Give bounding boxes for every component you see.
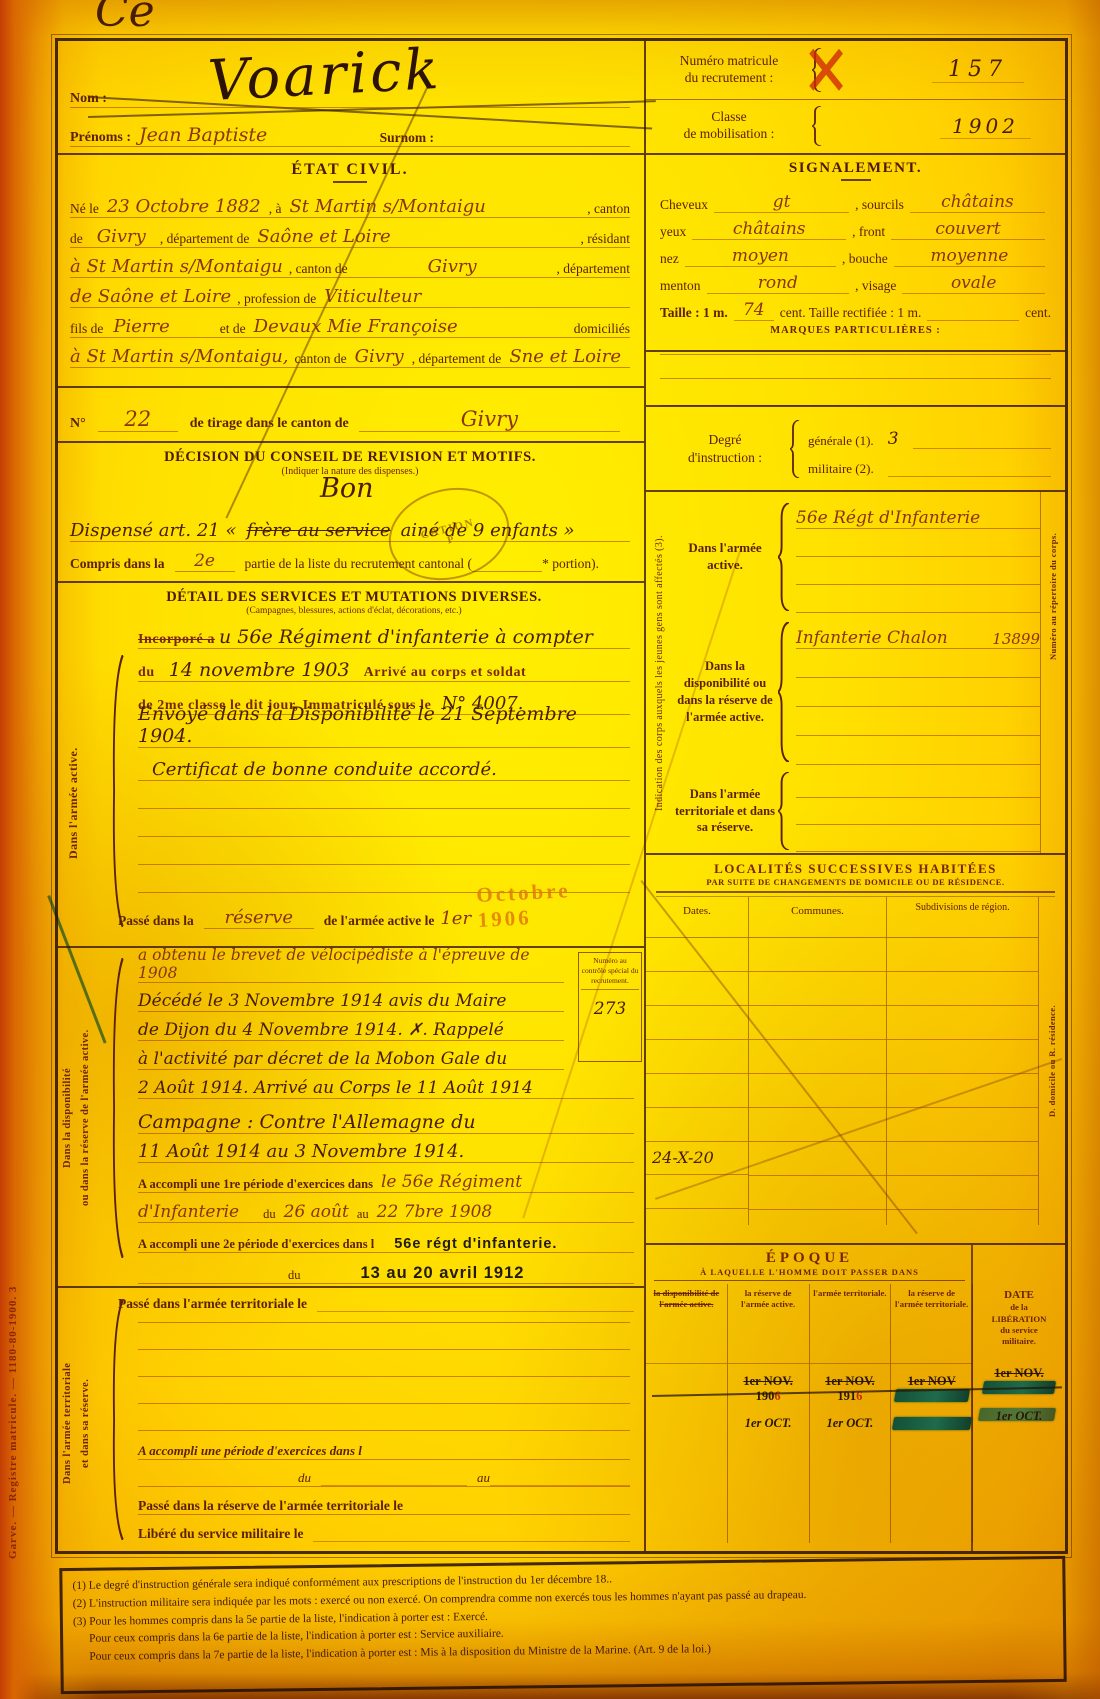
mother-name: Devaux Mie Françoise (254, 316, 566, 337)
departement-of-label: , département de (412, 351, 502, 367)
campagne-dates: 11 Août 1914 au 3 Novembre 1914. (138, 1141, 634, 1162)
periode2-line: A accompli une 2e période d'exercices da… (138, 1223, 634, 1253)
reserve-word: réserve (204, 907, 314, 929)
stamp-letter: P (446, 534, 455, 546)
parents-place: à St Martin s/Montaigu, (70, 346, 289, 367)
document-page: Garve. — Registre matricule. — 1180-80-1… (0, 0, 1100, 1699)
ruled-line (138, 809, 630, 837)
table-cell (646, 938, 748, 972)
canton-label: , canton (587, 201, 630, 217)
reserve-transfer-line: Passé dans la réserve de l'armée active … (118, 893, 630, 929)
ruled-line (138, 837, 630, 865)
passe-label: Passé dans la (118, 913, 194, 929)
note-line: Décédé le 3 Novembre 1914 avis du Maire (138, 983, 564, 1012)
number-label: N° (70, 416, 86, 432)
tirage-number: 22 (98, 407, 178, 432)
periode1-end: 22 7bre 1908 (377, 1202, 634, 1222)
arrivee-note: 2 Août 1914. Arrivé au Corps le 11 Août … (138, 1078, 634, 1098)
matricule-label: Numéro matricule (646, 53, 812, 70)
menton-line: menton rond , visage ovale (660, 267, 1051, 294)
degre-label: Degré (660, 431, 790, 449)
epoque-r1c2-month: 1er NOV. (728, 1374, 809, 1389)
ruled-line (796, 736, 1040, 765)
departement-label: , département de (160, 231, 250, 247)
ruled-line (796, 585, 1040, 613)
matricule-label-2: du recrutement : (646, 70, 812, 87)
corps-side-left-label: Indication des corps auxquels les jeunes… (654, 503, 665, 843)
corps-section: Indication des corps auxquels les jeunes… (646, 490, 1065, 853)
maire-note: de Dijon du 4 Novembre 1914. ✗. Rappelé (138, 1020, 564, 1040)
side-brace (110, 1300, 124, 1540)
campagne-note: Campagne : Contre l'Allemagne du (138, 1111, 634, 1133)
table-cell (749, 1006, 886, 1040)
generale-value: 3 (888, 429, 899, 449)
periode2-dates-stamp: 13 au 20 avril 1912 (361, 1264, 635, 1283)
sourcils-label: , sourcils (855, 197, 904, 213)
side-brace (110, 655, 124, 927)
note-line: de Dijon du 4 Novembre 1914. ✗. Rappelé (138, 1012, 564, 1041)
table-cell (887, 1108, 1038, 1142)
regiment-entry: u 56e Régiment d'infanterie à compter (219, 626, 630, 648)
date-sub: de la (976, 1302, 1062, 1313)
red-x-mark: ✕ (802, 29, 850, 113)
parents-line: fils de Pierre et de Devaux Mie François… (70, 308, 630, 338)
domiciled-label: domiciliés (574, 321, 630, 337)
epoque-col-reserve-active: la réserve de l'armée active. 1er NOV. 1… (728, 1284, 810, 1543)
epoque-col4-header: la réserve de l'armée territoriale. (891, 1284, 972, 1364)
birth-line: Né le 23 Octobre 1882 , à St Martin s/Mo… (70, 187, 630, 218)
armee-active-side-label: Dans l'armée active. (66, 703, 81, 903)
epoque-title: ÉPOQUE (646, 1250, 973, 1267)
degre-label-2: d'instruction : (660, 449, 790, 467)
cheveux-value: gt (714, 192, 849, 213)
nez-label: nez (660, 251, 679, 267)
birth-date: 23 Octobre 1882 (107, 196, 261, 217)
cent-label: cent. (1025, 305, 1051, 321)
epoque-r1c5-month: 1er NOV. (973, 1366, 1065, 1381)
epoque-col3-header: l'armée territoriale. (810, 1284, 891, 1364)
date-sub3: du service (976, 1325, 1062, 1336)
localites-title: LOCALITÉS SUCCESSIVES HABITÉES (656, 861, 1055, 877)
periode2-regiment-stamp: 56e régt d'infanterie. (394, 1236, 634, 1252)
ruled-line (796, 649, 1040, 678)
compris-label: Compris dans la (70, 556, 165, 572)
date-sub2: LIBÉRATION (976, 1314, 1062, 1325)
table-cell (749, 1176, 886, 1210)
ruled-line (796, 557, 1040, 585)
table-cell (646, 972, 748, 1006)
yeux-line: yeux châtains , front couvert (660, 213, 1051, 240)
corps-g2-number: 13899 (992, 630, 1040, 648)
matricule-number: 157 (932, 57, 1024, 83)
residence-place: à St Martin s/Montaigu (70, 256, 283, 277)
departement-label2: , département (557, 261, 630, 277)
du-label: du (298, 1470, 311, 1486)
signalement-title: SIGNALEMENT. (660, 160, 1051, 177)
service-line: Certificat de bonne conduite accordé. (138, 748, 630, 781)
front-value: couvert (891, 219, 1045, 240)
terr-periode-label: A accompli une période d'exercices dans … (138, 1443, 362, 1459)
residence-line: à St Martin s/Montaigu , canton de Givry… (70, 248, 630, 278)
table-cell (646, 1074, 748, 1108)
reserve-date-day: 1er (440, 908, 471, 929)
note-line: 2 Août 1914. Arrivé au Corps le 11 Août … (138, 1070, 634, 1099)
pen-flourish: Ce (95, 0, 155, 37)
date-sub4: militaire. (976, 1336, 1062, 1347)
service-line: Envoyé dans la Disponibilité le 21 Septe… (138, 715, 630, 748)
ruled-line (796, 707, 1040, 736)
localites-date-entry: 24-X-20 (646, 1142, 748, 1175)
terr-side-label-1: Dans l'armée territoriale (62, 1308, 73, 1538)
table-cell (749, 938, 886, 972)
domicile-line: à St Martin s/Montaigu, canton de Givry … (70, 338, 630, 368)
sourcils-value: châtains (910, 192, 1045, 213)
and-of-label: et de (220, 321, 246, 337)
epoque-r2c3: 1er OCT. (810, 1416, 891, 1431)
services-section: Dans l'armée active. DÉTAIL DES SERVICES… (58, 581, 644, 946)
ruled-line (660, 379, 1051, 406)
corps-g3-label: Dans l'armée territoriale et dans sa rés… (672, 786, 778, 837)
surname-handwritten: Voarick (206, 37, 442, 114)
side-brace (110, 958, 124, 1258)
militaire-label: militaire (2). (808, 461, 874, 477)
canton-of-label2: canton de (295, 351, 347, 367)
services-title: DÉTAIL DES SERVICES ET MUTATIONS DIVERSE… (78, 589, 630, 606)
periode1-start: 26 août (284, 1202, 349, 1222)
ruled-line (138, 781, 630, 809)
menton-label: menton (660, 278, 701, 294)
corps-g2-value: Infanterie Chalon (796, 628, 948, 648)
periode1-label: A accompli une 1re période d'exercices d… (138, 1177, 373, 1192)
canton-line: de Givry , département de Saône et Loire… (70, 218, 630, 248)
visage-label: , visage (855, 278, 896, 294)
circular-stamp: CATION P (379, 476, 519, 593)
table-cell (887, 938, 1038, 972)
son-of-label: fils de (70, 321, 103, 337)
ruled-line (138, 1323, 630, 1350)
table-cell (887, 1142, 1038, 1176)
rappel-note: à l'activité par décret de la Mobon Gale… (138, 1049, 564, 1069)
classe-label: Classe (646, 109, 812, 126)
firstnames-label: Prénoms : (70, 130, 131, 146)
epoque-col-disponibilite: la disponibilité de l'armée active. (646, 1284, 728, 1543)
terr-reserve-line: Passé dans la réserve de l'armée territo… (138, 1487, 630, 1515)
localites-section: LOCALITÉS SUCCESSIVES HABITÉES PAR SUITE… (646, 853, 1065, 1243)
note-line: a obtenu le brevet de vélocipédiste à l'… (138, 954, 564, 983)
form-frame: Voarick Nom : Prénoms : Jean Baptiste Su… (55, 38, 1068, 1554)
col-subdivisions-header: Subdivisions de région. (887, 897, 1038, 937)
liste-partie: 2e (175, 551, 235, 572)
bouche-label: , bouche (842, 251, 888, 267)
canton-of-label: , canton de (289, 261, 348, 277)
periode1-line: A accompli une 1re période d'exercices d… (138, 1163, 634, 1193)
signalement-section: SIGNALEMENT. Cheveux gt , sourcils châta… (646, 153, 1065, 350)
dispo-side-label-2: ou dans la réserve de l'armée active. (80, 968, 91, 1268)
compris-line: Compris dans la 2e partie de la liste du… (70, 542, 630, 572)
table-cell (887, 972, 1038, 1006)
decision-section: DÉCISION DU CONSEIL DE REVISION ET MOTIF… (58, 441, 644, 581)
incorporated-struck: Incorporé a (138, 632, 215, 648)
corps-g1-label: Dans l'armée active. (672, 540, 778, 574)
table-cell (646, 1108, 748, 1142)
table-cell (646, 1175, 748, 1209)
controle-special-box: Numéro au contrôle spécial du recrutemen… (578, 952, 642, 1062)
campagne-line: Campagne : Contre l'Allemagne du (138, 1103, 634, 1134)
epoque-col-territoriale: l'armée territoriale. 1er NOV. 1916 1er … (810, 1284, 892, 1543)
disponibilite-section: Dans la disponibilité ou dans la réserve… (58, 946, 644, 1286)
table-cell (646, 1006, 748, 1040)
note-line: à l'activité par décret de la Mobon Gale… (138, 1041, 564, 1070)
service-line: Incorporé a u 56e Régiment d'infanterie … (138, 616, 630, 649)
green-overstamp (891, 1417, 971, 1430)
reserve-date-stamp: Octobre 1906 (476, 875, 631, 933)
parents-canton: Givry (355, 346, 404, 367)
decision-mention: Bon (320, 473, 374, 504)
nickname-label: Surnom : (380, 130, 434, 146)
surname-label: Nom : (70, 91, 107, 107)
col-communes-header: Communes. (749, 897, 887, 937)
table-cell (749, 1108, 886, 1142)
firstnames-value: Jean Baptiste (139, 124, 267, 146)
taille-value: 74 (734, 300, 774, 321)
service-line: du 14 novembre 1903 Arrivé au corps et s… (138, 649, 630, 682)
ruled-line (138, 1296, 630, 1323)
taille-line: Taille : 1 m. 74 cent. Taille rectifiée … (660, 294, 1051, 321)
residence-canton: Givry (356, 256, 549, 277)
menton-value: rond (707, 273, 850, 294)
cheveux-label: Cheveux (660, 197, 708, 213)
parents-departement: Sne et Loire (509, 346, 622, 367)
profession-line: de Saône et Loire , profession de Viticu… (70, 278, 630, 308)
velocipediste-note: a obtenu le brevet de vélocipédiste à l'… (138, 946, 564, 982)
table-cell (749, 1142, 886, 1176)
epoque-col-date-liberation: DATE de la LIBÉRATION du service militai… (973, 1284, 1065, 1543)
services-subtitle: (Campagnes, blessures, actions d'éclat, … (78, 606, 630, 616)
of-label: de (70, 231, 83, 247)
date-title: DATE (976, 1288, 1062, 1302)
periode2-label: A accompli une 2e période d'exercices da… (138, 1237, 374, 1252)
marques-label: MARQUES PARTICULIÈRES : (660, 325, 1051, 336)
birth-place: St Martin s/Montaigu (289, 196, 579, 217)
born-label: Né le (70, 201, 99, 217)
name-section: Voarick Nom : Prénoms : Jean Baptiste Su… (58, 41, 644, 153)
yeux-value: châtains (692, 219, 846, 240)
dispense-article: Dispensé art. 21 « (70, 520, 236, 541)
portion-label: * portion). (542, 556, 599, 572)
profession-label: , profession de (237, 291, 316, 307)
table-cell (646, 1040, 748, 1074)
degre-section: Degré d'instruction : générale (1). 3 mi… (646, 405, 1065, 490)
epoque-col-reserve-territoriale: la réserve de l'armée territoriale. 1er … (891, 1284, 973, 1543)
table-cell (749, 1074, 886, 1108)
table-cell (887, 1040, 1038, 1074)
du-label: du (288, 1268, 301, 1283)
ruled-line (796, 771, 1040, 798)
arrival-stamp-text: Arrivé au corps et soldat (364, 665, 630, 681)
father-name: Pierre (113, 316, 169, 337)
disponibilite-entry: Envoyé dans la Disponibilité le 21 Septe… (138, 703, 630, 747)
deces-note: Décédé le 3 Novembre 1914 avis du Maire (138, 991, 564, 1011)
terr-periode-line: A accompli une période d'exercices dans … (138, 1431, 630, 1460)
corps-group-territoriale: Dans l'armée territoriale et dans sa rés… (672, 768, 1040, 854)
epoque-subtitle: À LAQUELLE L'HOMME DOIT PASSER DANS (646, 1267, 973, 1277)
profession-value: Viticulteur (324, 286, 622, 307)
table-cell (887, 1006, 1038, 1040)
classe-value: 1902 (940, 114, 1031, 139)
table-cell (887, 1176, 1038, 1210)
terr-du-au-line: du au (138, 1460, 630, 1487)
taille-rectifiee-label: cent. Taille rectifiée : 1 m. (780, 305, 922, 321)
bouche-value: moyenne (894, 246, 1045, 267)
corps-group-dispo: Dans la disponibilité ou dans la réserve… (672, 616, 1040, 768)
footnotes-box: (1) Le degré d'instruction générale sera… (59, 1556, 1066, 1694)
corps-g2-label: Dans la disponibilité ou dans la réserve… (672, 658, 778, 726)
epoque-r1c3-month: 1er NOV. (810, 1374, 891, 1389)
ruled-line (796, 798, 1040, 825)
tirage-label: de tirage dans le canton de (190, 416, 349, 432)
du-label: du (263, 1207, 276, 1222)
front-label: , front (852, 224, 885, 240)
corps-side-right-label: Numéro au répertoire du corps. (1048, 496, 1058, 696)
corps-g1-value: 56e Régt d'Infanterie (796, 508, 1040, 528)
epoque-r2c2: 1er OCT. (728, 1416, 809, 1431)
controle-box-label: Numéro au contrôle spécial du recrutemen… (581, 956, 639, 985)
etat-civil-title: ÉTAT CIVIL. (70, 161, 630, 179)
brace (778, 503, 790, 611)
taille-label: Taille : 1 m. (660, 305, 728, 321)
visage-value: ovale (902, 273, 1045, 294)
recruitment-section: Numéro matricule du recrutement : ✕ 157 … (646, 41, 1065, 153)
ruled-line (660, 352, 1051, 379)
tirage-canton: Givry (359, 407, 620, 432)
libere-label: Libéré du service militaire le (138, 1526, 303, 1542)
spine-imprint: Garve. — Registre matricule. — 1180-80-1… (7, 939, 19, 1559)
etat-civil-section: ÉTAT CIVIL. Né le 23 Octobre 1882 , à St… (58, 153, 644, 386)
epoque-r1c4-month: 1er NOV (891, 1374, 972, 1389)
brace (778, 622, 790, 762)
territoriale-section: Dans l'armée territoriale et dans sa rés… (58, 1286, 644, 1551)
incorporation-date: 14 novembre 1903 (169, 659, 350, 681)
armee-active-label: de l'armée active le (324, 913, 435, 929)
controle-number: 273 (581, 998, 639, 1020)
epoque-r1c2-year-fix: 6 (774, 1389, 780, 1403)
campagne-line: 11 Août 1914 au 3 Novembre 1914. (138, 1134, 634, 1163)
residence-departement: de Saône et Loire (70, 286, 231, 307)
domicile-residence-label: D. domicile ou R. résidence. (1047, 911, 1057, 1211)
yeux-label: yeux (660, 224, 686, 240)
ruled-line (138, 1350, 630, 1377)
residing-label: , résidant (581, 231, 631, 247)
libere-line: Libéré du service militaire le (138, 1515, 630, 1542)
epoque-section: ÉPOQUE À LAQUELLE L'HOMME DOIT PASSER DA… (646, 1243, 1065, 1551)
periode1-infanterie: d'Infanterie (138, 1202, 239, 1222)
du-label: du (138, 665, 155, 681)
nez-line: nez moyen , bouche moyenne (660, 240, 1051, 267)
periode1-regiment: le 56e Régiment (381, 1172, 634, 1192)
bonne-conduite-entry: Certificat de bonne conduite accordé. (138, 759, 630, 780)
decision-title: DÉCISION DU CONSEIL DE REVISION ET MOTIF… (70, 449, 630, 466)
at-label: , à (269, 201, 282, 217)
epoque-r2c5: 1er OCT. (996, 1409, 1043, 1423)
birth-canton: Givry (97, 226, 146, 247)
corps-group-active: Dans l'armée active. 56e Régt d'Infanter… (672, 498, 1040, 616)
table-cell (887, 1074, 1038, 1108)
dispense-line: Dispensé art. 21 « frère au service ainé… (70, 511, 630, 542)
cheveux-line: Cheveux gt , sourcils châtains (660, 186, 1051, 213)
col-dates-header: Dates. (646, 897, 749, 937)
ruled-line (796, 529, 1040, 557)
epoque-r1c2-year: 190 (756, 1389, 775, 1403)
epoque-col2-header: la réserve de l'armée active. (728, 1284, 809, 1364)
terr-side-label-2: et dans sa réserve. (80, 1318, 91, 1528)
au-label: au (357, 1207, 369, 1222)
classe-label-2: de mobilisation : (646, 126, 812, 143)
dispo-side-label-1: Dans la disponibilité (62, 978, 73, 1258)
epoque-col1-header: la disponibilité de l'armée active. (646, 1284, 727, 1364)
table-cell (749, 972, 886, 1006)
au-label: au (477, 1470, 490, 1486)
dispense-struck-text: frère au service (246, 520, 390, 541)
table-cell (749, 1040, 886, 1074)
tirage-section: N° 22 de tirage dans le canton de Givry (58, 386, 644, 441)
ruled-line (796, 678, 1040, 707)
ruled-line (796, 825, 1040, 852)
brace (790, 420, 800, 478)
ruled-line (138, 1404, 630, 1431)
brace (778, 772, 790, 850)
nez-value: moyen (685, 246, 836, 267)
generale-label: générale (1). (808, 433, 874, 449)
left-column: Voarick Nom : Prénoms : Jean Baptiste Su… (58, 41, 646, 1551)
right-column: Numéro matricule du recrutement : ✕ 157 … (646, 41, 1065, 1551)
blank-lines-section (646, 350, 1065, 405)
localites-subtitle: PAR SUITE DE CHANGEMENTS DE DOMICILE OU … (656, 877, 1055, 887)
periode1-dates-line: d'Infanterie du 26 août au 22 7bre 1908 (138, 1193, 634, 1223)
birth-departement: Saône et Loire (257, 226, 572, 247)
terr-reserve-label: Passé dans la réserve de l'armée territo… (138, 1498, 403, 1514)
periode2-dates-line: du 13 au 20 avril 1912 (138, 1253, 634, 1284)
ruled-line (138, 1377, 630, 1404)
